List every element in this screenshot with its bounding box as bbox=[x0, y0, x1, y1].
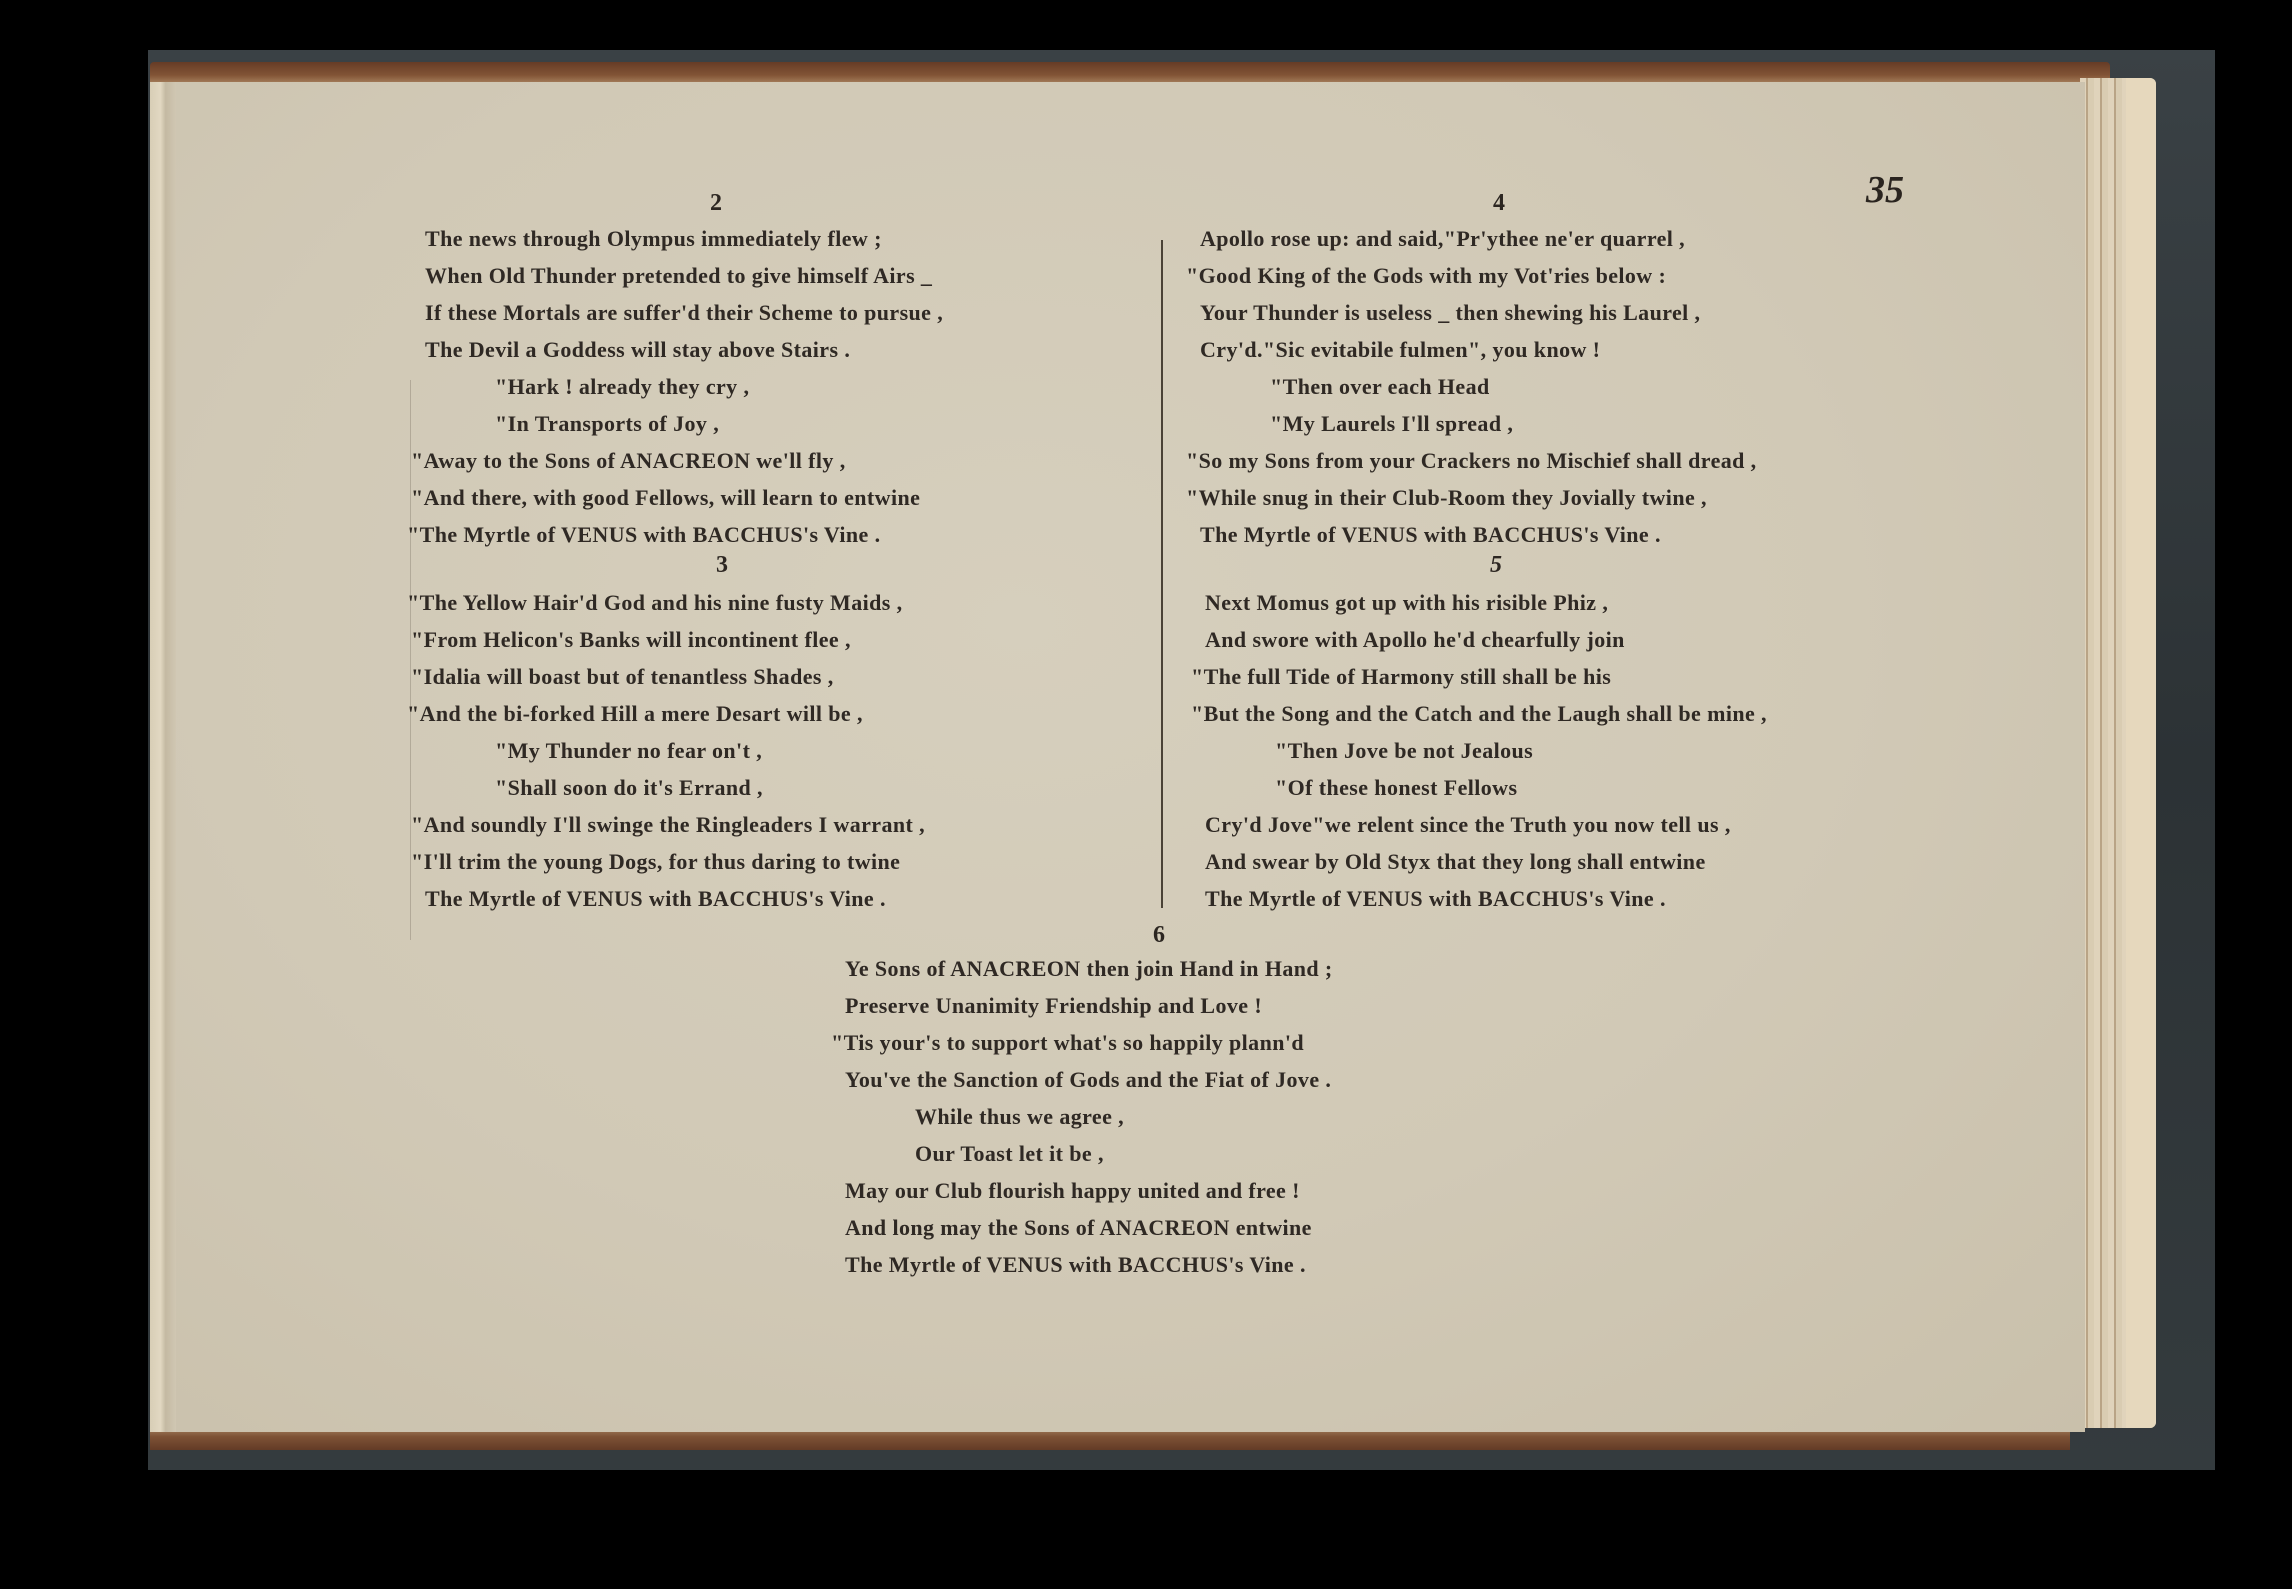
verse-line: The Myrtle of VENUS with BACCHUS's Vine … bbox=[1200, 516, 1757, 553]
verse-line: "Away to the Sons of ANACREON we'll fly … bbox=[411, 442, 943, 479]
stanza-3: "The Yellow Hair'd God and his nine fust… bbox=[425, 584, 925, 917]
verse-line: "So my Sons from your Crackers no Mischi… bbox=[1186, 442, 1757, 479]
stanza-number-5: 5 bbox=[1490, 552, 1502, 579]
verse-line: "Tis your's to support what's so happily… bbox=[831, 1024, 1333, 1061]
verse-line: If these Mortals are suffer'd their Sche… bbox=[425, 294, 943, 331]
verse-line: The Myrtle of VENUS with BACCHUS's Vine … bbox=[1205, 880, 1767, 917]
verse-line: "While snug in their Club-Room they Jovi… bbox=[1186, 479, 1757, 516]
verse-line: "My Laurels I'll spread , bbox=[1200, 405, 1757, 442]
verse-line: "Hark ! already they cry , bbox=[425, 368, 943, 405]
verse-line: May our Club flourish happy united and f… bbox=[845, 1172, 1333, 1209]
verse-line: "Idalia will boast but of tenantless Sha… bbox=[411, 658, 925, 695]
verse-line: And swear by Old Styx that they long sha… bbox=[1205, 843, 1767, 880]
verse-line: The Myrtle of VENUS with BACCHUS's Vine … bbox=[425, 880, 925, 917]
verse-line: "Of these honest Fellows bbox=[1205, 769, 1767, 806]
verse-line: "Then Jove be not Jealous bbox=[1205, 732, 1767, 769]
verse-line: "My Thunder no fear on't , bbox=[425, 732, 925, 769]
verse-line: The Devil a Goddess will stay above Stai… bbox=[425, 331, 943, 368]
page-edge-top bbox=[150, 62, 2110, 84]
verse-line: Cry'd Jove"we relent since the Truth you… bbox=[1205, 806, 1767, 843]
verse-line: "The Yellow Hair'd God and his nine fust… bbox=[407, 584, 925, 621]
verse-line: "The full Tide of Harmony still shall be… bbox=[1191, 658, 1767, 695]
verse-line: Preserve Unanimity Friendship and Love ! bbox=[845, 987, 1333, 1024]
stanza-2: The news through Olympus immediately fle… bbox=[425, 220, 943, 553]
verse-line: Cry'd."Sic evitabile fulmen", you know ! bbox=[1200, 331, 1757, 368]
stanza-5: Next Momus got up with his risible Phiz … bbox=[1205, 584, 1767, 917]
verse-line: And long may the Sons of ANACREON entwin… bbox=[845, 1209, 1333, 1246]
page-stack-edge bbox=[2080, 78, 2156, 1428]
verse-line: When Old Thunder pretended to give himse… bbox=[425, 257, 943, 294]
verse-line: "But the Song and the Catch and the Laug… bbox=[1191, 695, 1767, 732]
verse-line: Our Toast let it be , bbox=[845, 1135, 1333, 1172]
stanza-6: Ye Sons of ANACREON then join Hand in Ha… bbox=[845, 950, 1333, 1283]
stanza-number-3: 3 bbox=[716, 552, 728, 579]
verse-line: "Good King of the Gods with my Vot'ries … bbox=[1186, 257, 1757, 294]
verse-line: Apollo rose up: and said,"Pr'ythee ne'er… bbox=[1200, 220, 1757, 257]
verse-line: The news through Olympus immediately fle… bbox=[425, 220, 943, 257]
verse-line: Your Thunder is useless _ then shewing h… bbox=[1200, 294, 1757, 331]
verse-line: Next Momus got up with his risible Phiz … bbox=[1205, 584, 1767, 621]
verse-line: And swore with Apollo he'd chearfully jo… bbox=[1205, 621, 1767, 658]
stanza-number-4: 4 bbox=[1493, 190, 1505, 217]
verse-line: "And there, with good Fellows, will lear… bbox=[411, 479, 943, 516]
column-divider bbox=[1161, 240, 1163, 908]
page-number: 35 bbox=[1866, 168, 1904, 212]
verse-line: While thus we agree , bbox=[845, 1098, 1333, 1135]
page-gutter bbox=[150, 82, 176, 1432]
stanza-number-2: 2 bbox=[710, 190, 722, 217]
verse-line: "I'll trim the young Dogs, for thus dari… bbox=[411, 843, 925, 880]
verse-line: "In Transports of Joy , bbox=[425, 405, 943, 442]
verse-line: "Shall soon do it's Errand , bbox=[425, 769, 925, 806]
verse-line: "Then over each Head bbox=[1200, 368, 1757, 405]
verse-line: Ye Sons of ANACREON then join Hand in Ha… bbox=[845, 950, 1333, 987]
stanza-4: Apollo rose up: and said,"Pr'ythee ne'er… bbox=[1200, 220, 1757, 553]
verse-line: "And the bi-forked Hill a mere Desart wi… bbox=[407, 695, 925, 732]
verse-line: "The Myrtle of VENUS with BACCHUS's Vine… bbox=[407, 516, 943, 553]
verse-line: "From Helicon's Banks will incontinent f… bbox=[411, 621, 925, 658]
verse-line: The Myrtle of VENUS with BACCHUS's Vine … bbox=[845, 1246, 1333, 1283]
verse-line: You've the Sanction of Gods and the Fiat… bbox=[845, 1061, 1333, 1098]
stanza-number-6: 6 bbox=[1153, 922, 1165, 949]
verse-line: "And soundly I'll swinge the Ringleaders… bbox=[411, 806, 925, 843]
page-stack-outer bbox=[2126, 78, 2156, 1428]
